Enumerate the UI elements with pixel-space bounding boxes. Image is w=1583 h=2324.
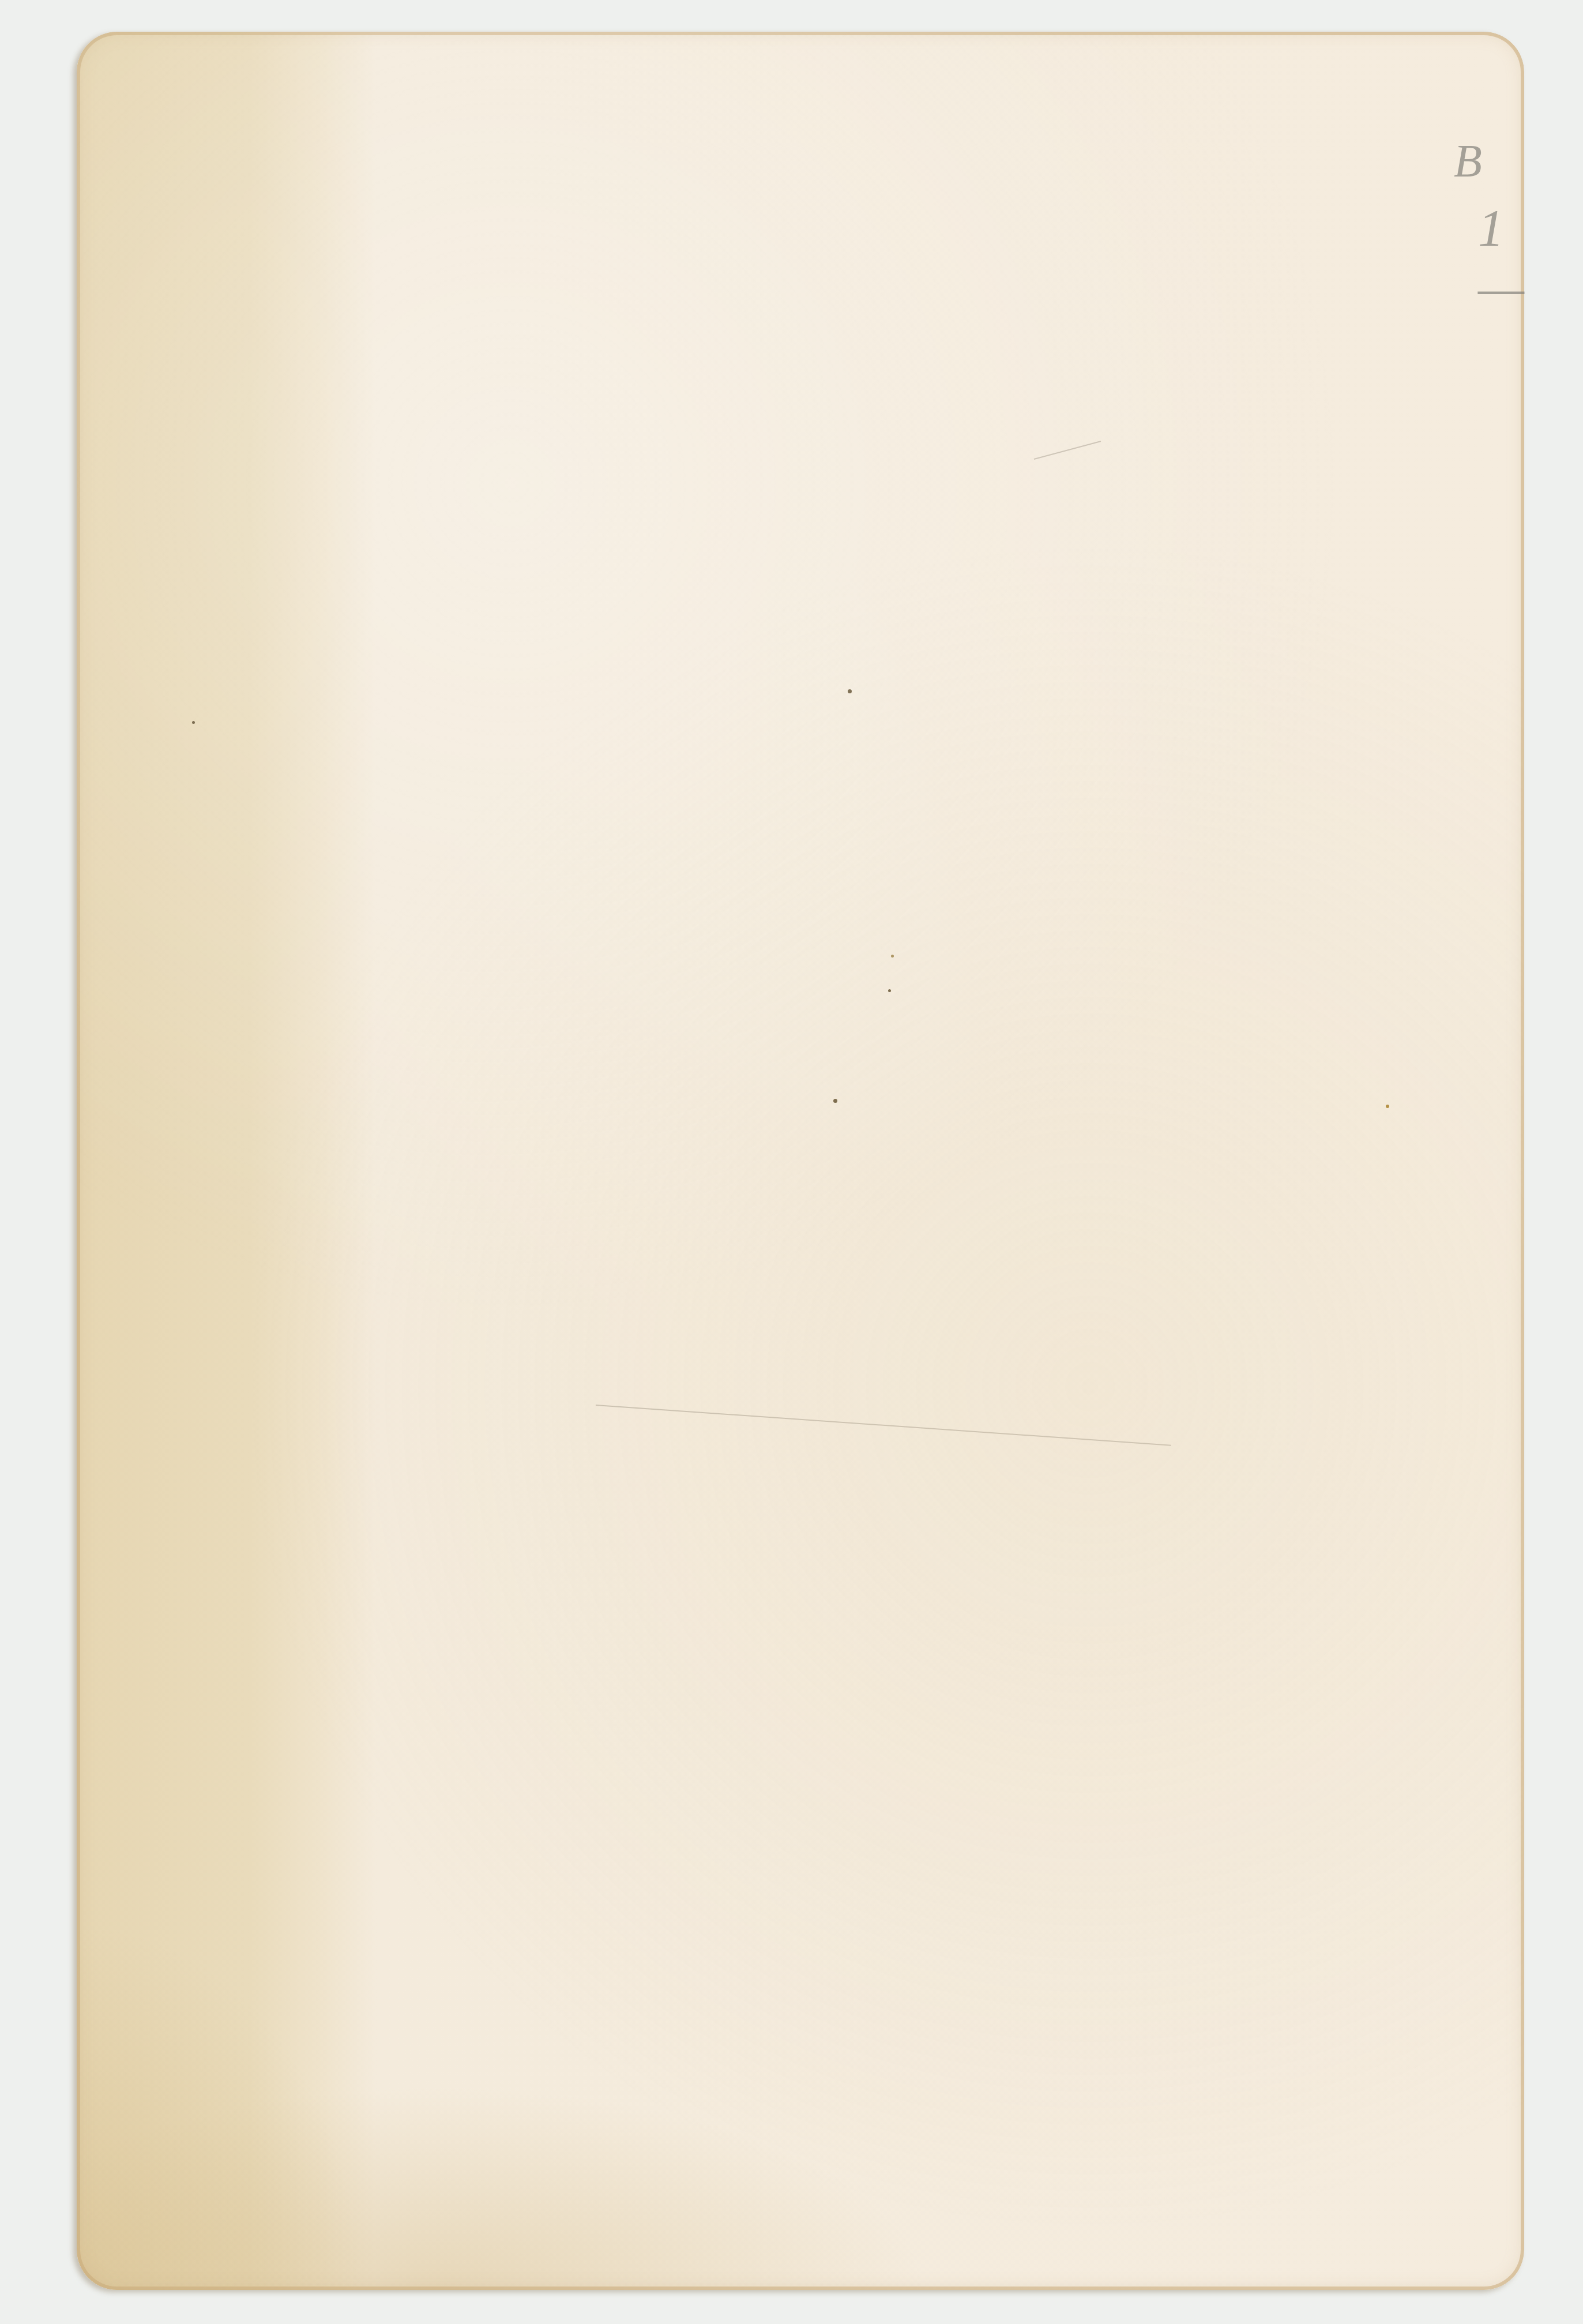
paper-speck [833, 1099, 837, 1103]
paper-scratch [1034, 441, 1101, 460]
paper-speck [1386, 1105, 1389, 1108]
paper-speck [192, 721, 195, 724]
pencil-mark-1: B [1454, 136, 1482, 188]
paper-speck [848, 689, 852, 693]
paper-speck [888, 989, 891, 992]
card-back: B 1— [77, 32, 1524, 2290]
paper-speck [891, 955, 894, 958]
paper-scratch [596, 1405, 1171, 1446]
pencil-mark-2: 1— [1478, 199, 1530, 318]
